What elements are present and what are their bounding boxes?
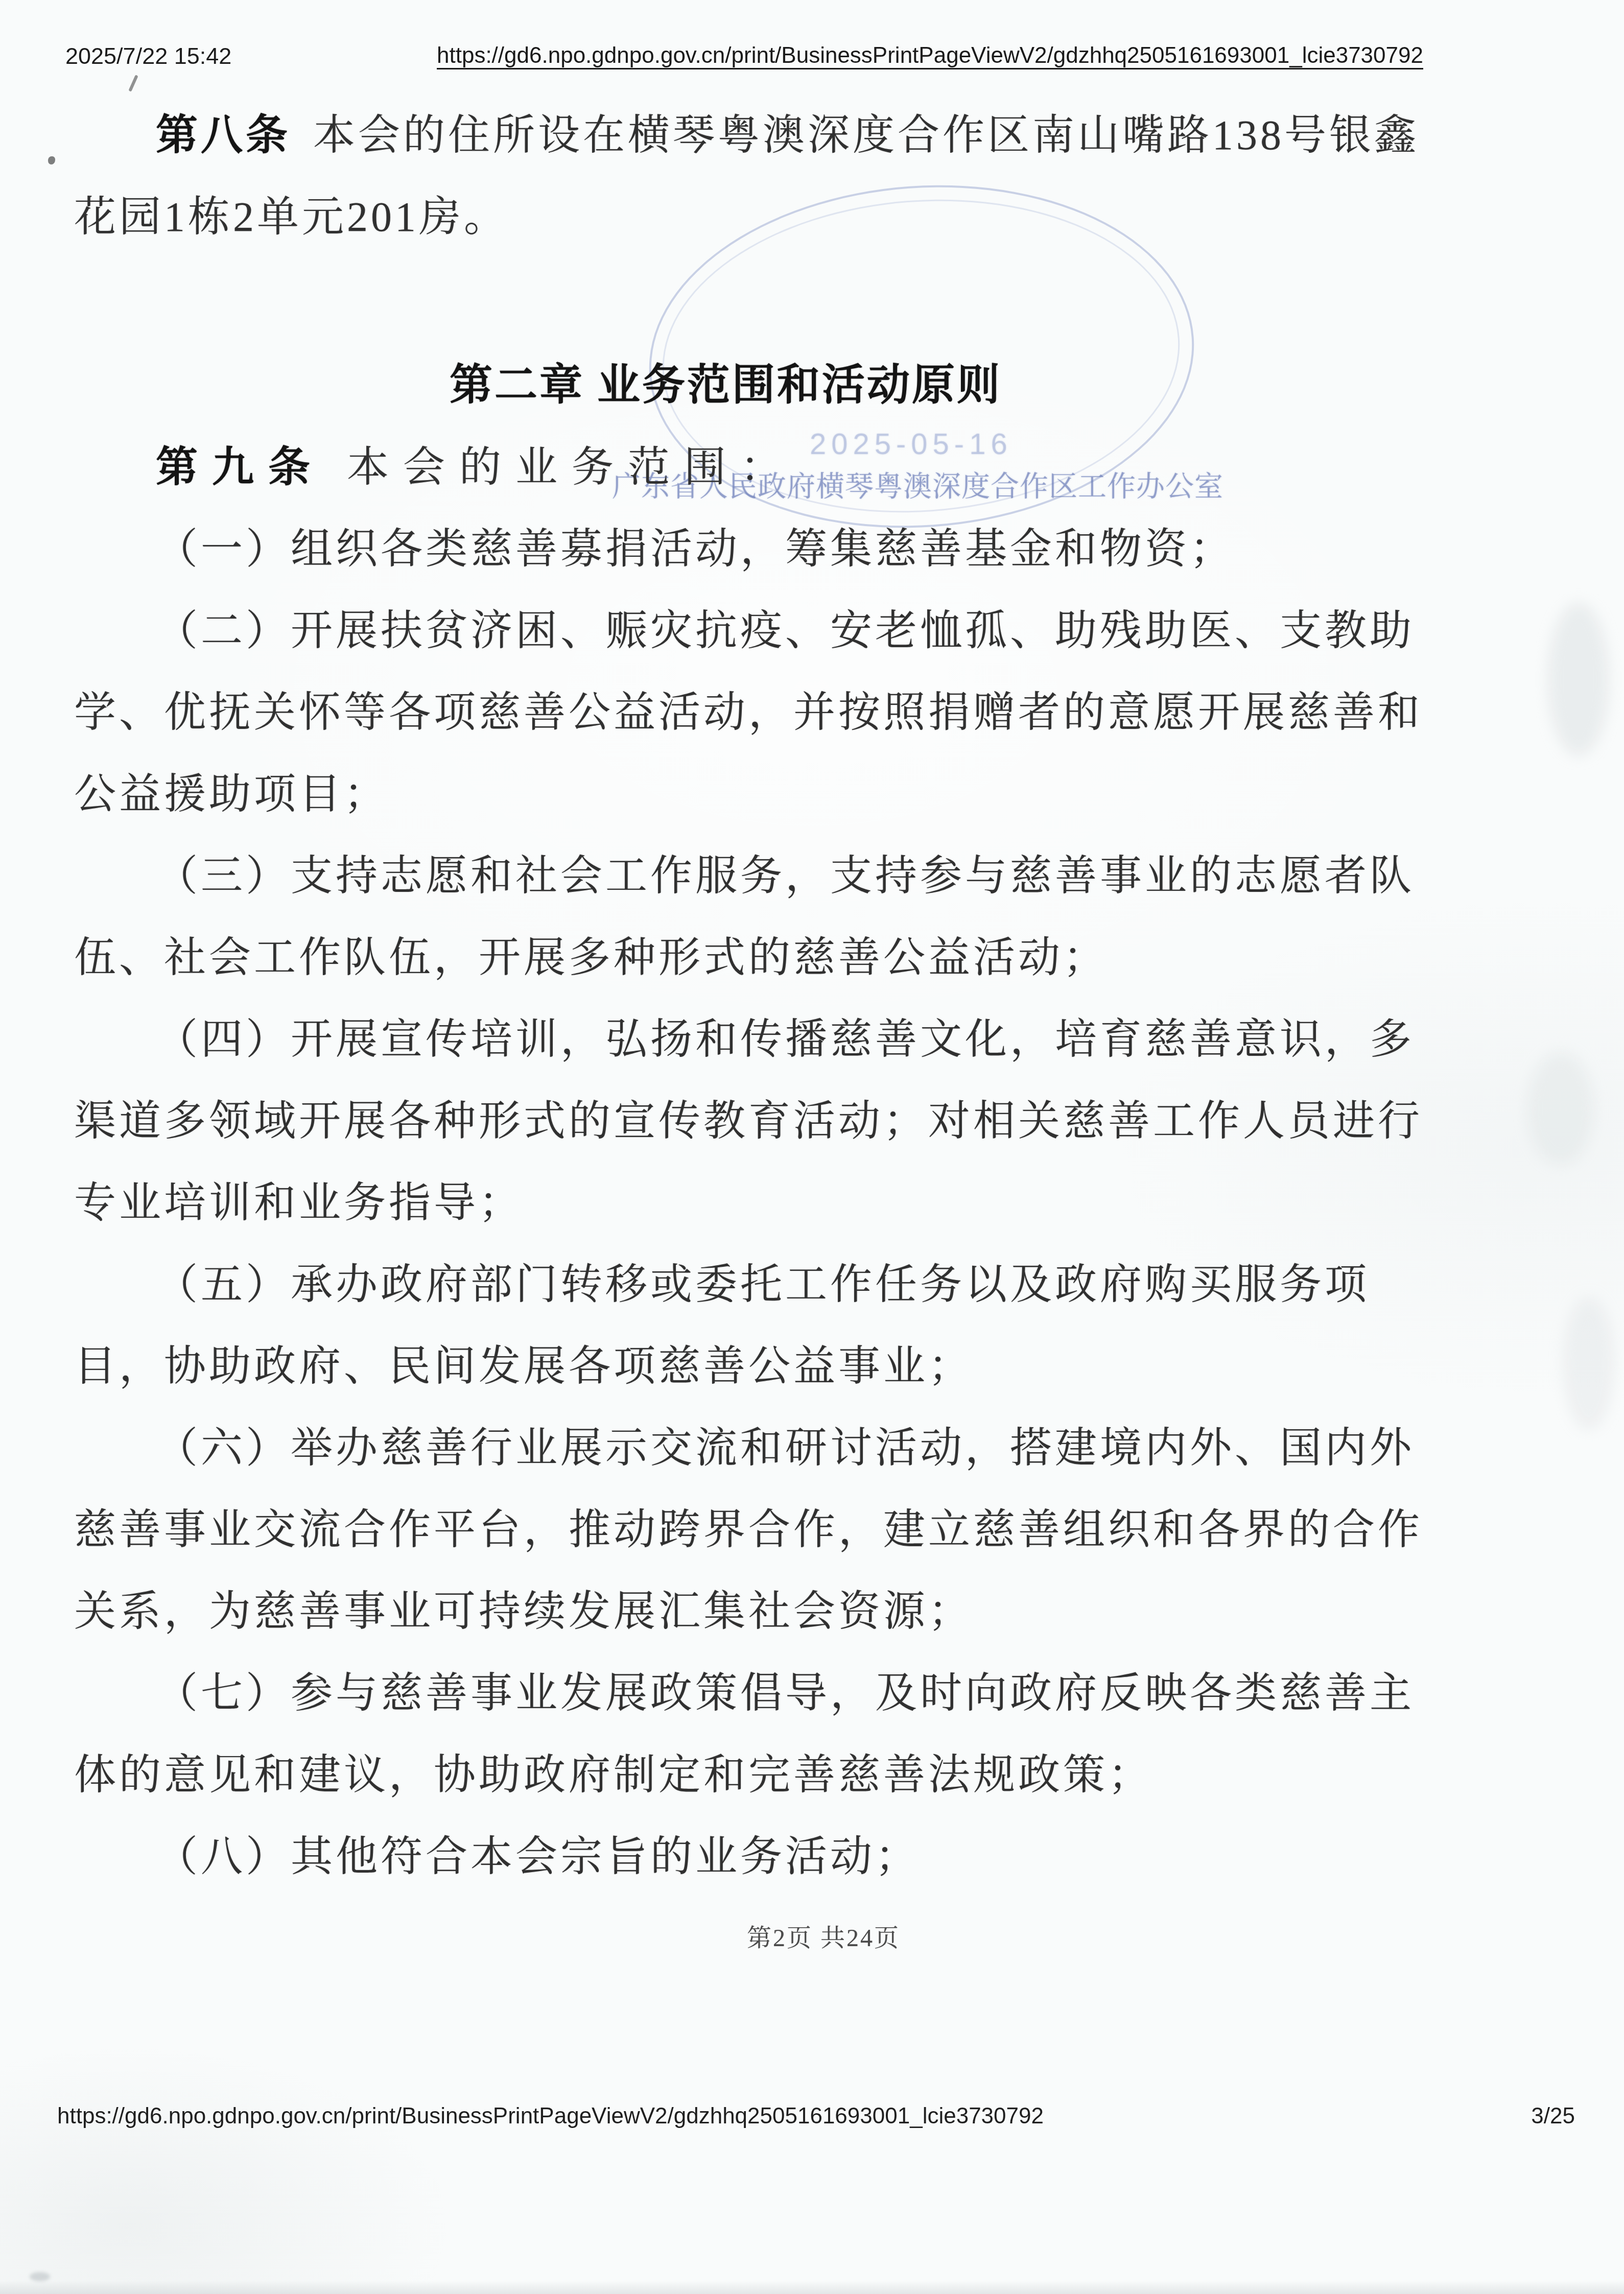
scan-speck <box>128 75 138 92</box>
text-line: 学、优抚关怀等各项慈善公益活动，并按照捐赠者的意愿开展慈善和 <box>74 672 1573 753</box>
scan-speck <box>30 2272 50 2281</box>
print-footer-page-indicator: 3/25 <box>1531 2103 1575 2129</box>
document-body: 第八条本会的住所设在横琴粤澳深度合作区南山嘴路138号银鑫花园1栋2单元201房… <box>74 94 1573 1979</box>
chapter-heading: 第二章 业务范围和活动原则 <box>74 345 1573 427</box>
text-line: （五）承办政府部门转移或委托工作任务以及政府购买服务项 <box>74 1244 1573 1326</box>
text-line: 伍、社会工作队伍，开展多种形式的慈善公益活动； <box>74 917 1573 999</box>
text-line: 第八条本会的住所设在横琴粤澳深度合作区南山嘴路138号银鑫 <box>74 94 1573 176</box>
text-line: 目，协助政府、民间发展各项慈善公益事业； <box>74 1326 1573 1407</box>
text-line: （七）参与慈善事业发展政策倡导，及时向政府反映各类慈善主 <box>74 1652 1573 1734</box>
article-number: 第九条 <box>156 444 324 490</box>
print-footer-url: https://gd6.npo.gdnpo.gov.cn/print/Busin… <box>57 2103 1044 2129</box>
text-line: 渠道多领域开展各种形式的宣传教育活动；对相关慈善工作人员进行 <box>74 1080 1573 1162</box>
text-line: （三）支持志愿和社会工作服务，支持参与慈善事业的志愿者队 <box>74 835 1573 917</box>
print-header-datetime: 2025/7/22 15:42 <box>65 43 231 69</box>
text-line: 体的意见和建议，协助政府制定和完善慈善法规政策； <box>74 1734 1573 1816</box>
print-header-url: https://gd6.npo.gdnpo.gov.cn/print/Busin… <box>437 43 1423 68</box>
text-line: （二）开展扶贫济困、赈灾抗疫、安老恤孤、助残助医、支教助 <box>74 590 1573 672</box>
article-number: 第八条 <box>156 112 291 158</box>
text-line: 公益援助项目； <box>74 753 1573 835</box>
page-number: 第2页 共24页 <box>74 1898 1573 1979</box>
text-line: 第九条本会的业务范围： <box>74 427 1573 508</box>
text-line: 慈善事业交流合作平台，推动跨界合作，建立慈善组织和各界的合作 <box>74 1489 1573 1571</box>
text-line: （一）组织各类慈善募捐活动，筹集慈善基金和物资； <box>74 508 1573 590</box>
text-line: 专业培训和业务指导； <box>74 1162 1573 1244</box>
text-line: （六）举办慈善行业展示交流和研讨活动，搭建境内外、国内外 <box>74 1407 1573 1489</box>
text-line: （四）开展宣传培训，弘扬和传播慈善文化，培育慈善意识，多 <box>74 999 1573 1080</box>
text-line: （八）其他符合本会宗旨的业务活动； <box>74 1816 1573 1898</box>
text-line: 花园1栋2单元201房。 <box>74 176 1573 258</box>
text-line: 关系，为慈善事业可持续发展汇集社会资源； <box>74 1571 1573 1652</box>
document-page: 2025/7/22 15:42 https://gd6.npo.gdnpo.go… <box>0 0 1624 2294</box>
scan-edge-shade <box>0 2281 1624 2294</box>
scan-speck <box>48 156 55 164</box>
